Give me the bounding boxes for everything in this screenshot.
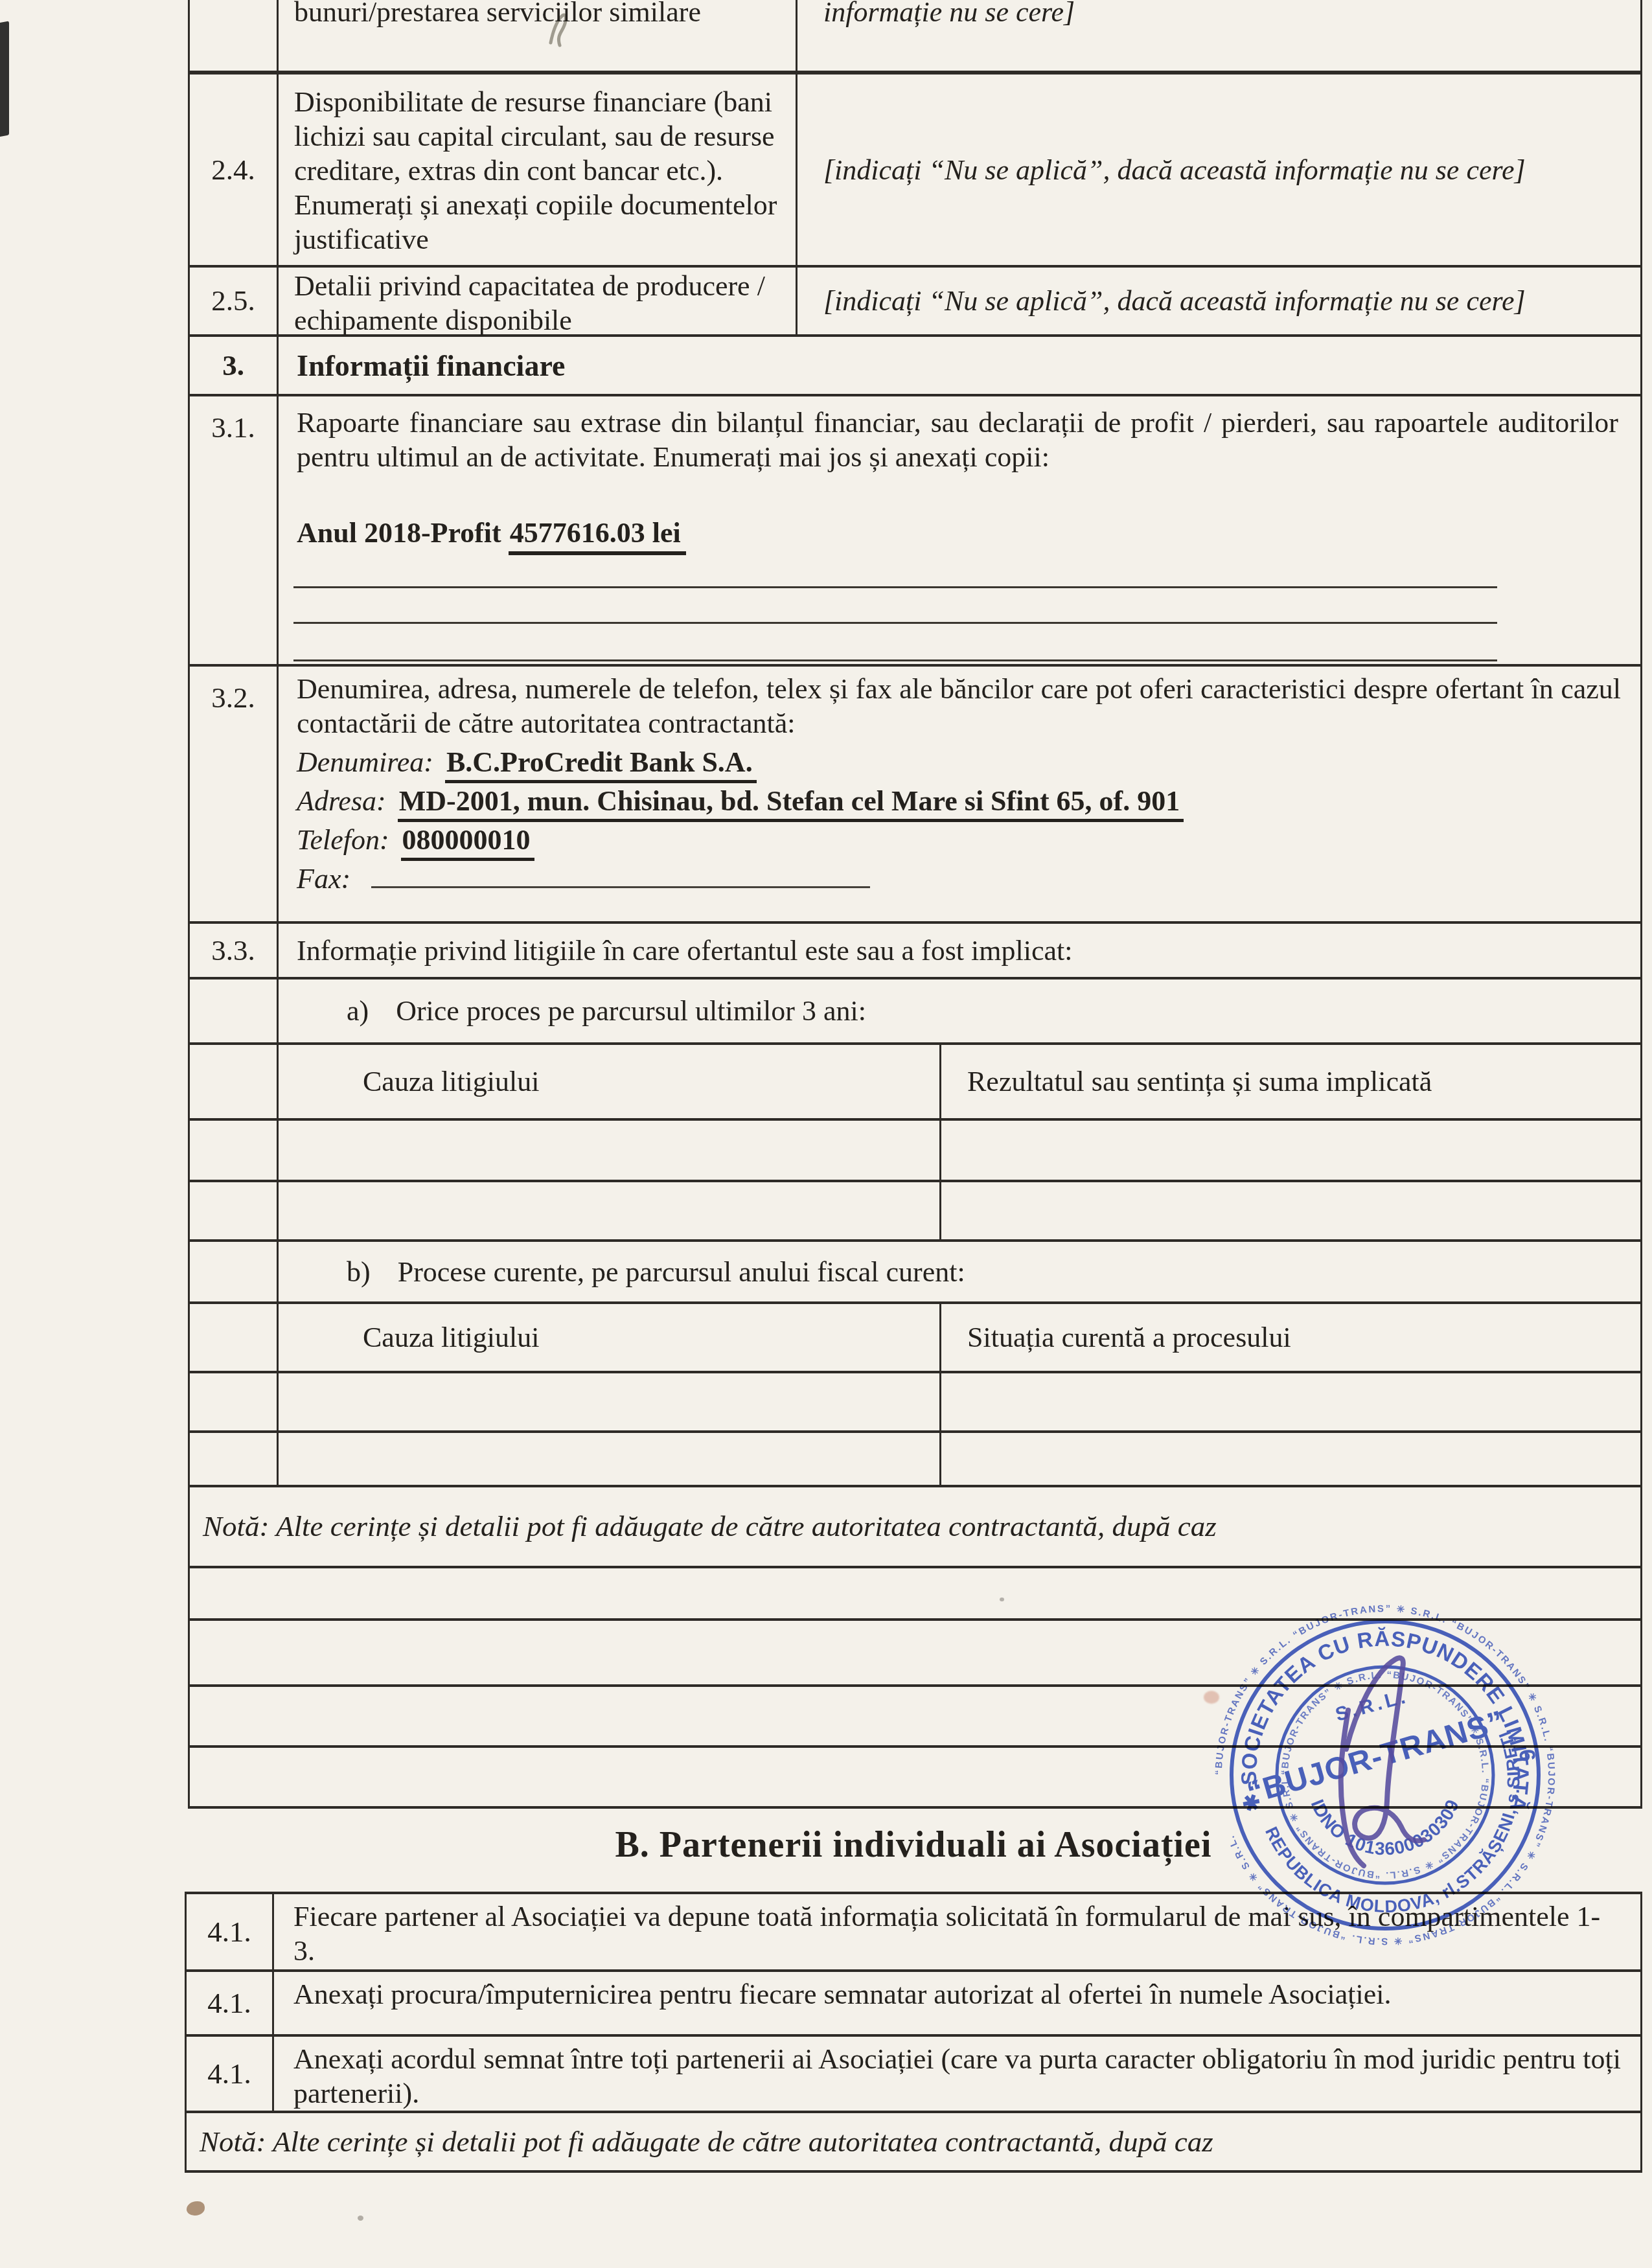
row-3-2-content: Denumirea, adresa, numerele de telefon, … [279, 667, 1640, 921]
empty-cell [279, 1433, 941, 1485]
row-number-cell [190, 0, 279, 71]
litigation-b-text: Procese curente, pe parcursul anului fis… [398, 1255, 965, 1289]
row-4-1c-text: Anexați acordul semnat între toți parten… [274, 2037, 1640, 2111]
litigation-a-col1-header: Cauza litigiului [279, 1045, 941, 1118]
table-row-4-1c: 4.1. Anexați acordul semnat între toți p… [187, 2037, 1640, 2113]
section-3-title: Informații financiare [279, 337, 1640, 394]
row-number-cell: 2.5. [190, 268, 279, 334]
row-3-2-text: Denumirea, adresa, numerele de telefon, … [297, 672, 1621, 740]
litigation-b-label: b) [347, 1255, 371, 1289]
litigation-b-empty-row [190, 1433, 1640, 1487]
table-row-3-1: 3.1. Rapoarte financiare sau extrase din… [190, 396, 1640, 667]
empty-cell [941, 1373, 1640, 1430]
blank-write-line [293, 622, 1497, 624]
scan-speck [187, 2201, 205, 2216]
table-a-nota-text: Notă: Alte cerințe și detalii pot fi adă… [190, 1487, 1640, 1566]
scanned-form-page: bunuri/prestarea serviciilor similare in… [0, 0, 1652, 2268]
bank-fax-label: Fax: [297, 863, 350, 895]
bank-fax-blank-line [371, 863, 870, 888]
row-number-cell: 4.1. [187, 1894, 274, 1969]
scan-edge-artifact [0, 21, 9, 137]
litigation-a-content: a) Orice proces pe parcursul ultimilor 3… [279, 979, 1640, 1042]
table-row-2-3-partial: bunuri/prestarea serviciilor similare in… [190, 0, 1640, 74]
table-row-4-1b: 4.1. Anexați procura/împuternicirea pent… [187, 1972, 1640, 2037]
row-number-cell: 2.4. [190, 74, 279, 265]
row-3-3-text: Informație privind litigiile în care ofe… [279, 924, 1640, 977]
litigation-b-col1-header: Cauza litigiului [279, 1304, 941, 1371]
empty-cell [941, 1433, 1640, 1485]
litigation-b-col2-header: Situația curentă a procesului [941, 1304, 1640, 1371]
row-number-cell: 4.1. [187, 2037, 274, 2111]
company-round-stamp: “BUJOR-TRANS” ✳ S.R.L. “BUJOR-TRANS” ✳ S… [1205, 1595, 1565, 1955]
bank-phone-value: 080000010 [401, 824, 534, 861]
bank-phone-line: Telefon:080000010 [297, 823, 1621, 857]
scan-speck [358, 2216, 363, 2221]
row-2-4-description: Disponibilitate de resurse financiare (b… [279, 74, 797, 265]
empty-cell [279, 1182, 941, 1239]
table-a-nota-row: Notă: Alte cerințe și detalii pot fi adă… [190, 1487, 1640, 1568]
row-3-1-content: Rapoarte financiare sau extrase din bila… [279, 396, 1640, 664]
row-3-1-text: Rapoarte financiare sau extrase din bila… [297, 406, 1618, 474]
table-row-2-4: 2.4. Disponibilitate de resurse financia… [190, 74, 1640, 268]
row-2-3-description: bunuri/prestarea serviciilor similare [279, 0, 797, 71]
bank-name-value: B.C.ProCredit Bank S.A. [445, 746, 757, 783]
table-b-nota-text: Notă: Alte cerințe și detalii pot fi adă… [187, 2113, 1640, 2170]
qualification-form-table: bunuri/prestarea serviciilor similare in… [188, 0, 1642, 1809]
empty-cell [279, 1121, 941, 1180]
empty-cell [941, 1121, 1640, 1180]
litigation-a-col2-header: Rezultatul sau sentința și suma implicat… [941, 1045, 1640, 1118]
bank-address-value: MD-2001, mun. Chisinau, bd. Stefan cel M… [398, 785, 1184, 822]
row-number-cell [190, 979, 279, 1042]
litigation-a-row: a) Orice proces pe parcursul ultimilor 3… [190, 979, 1640, 1045]
litigation-a-empty-row [190, 1182, 1640, 1242]
table-row-2-5: 2.5. Detalii privind capacitatea de prod… [190, 268, 1640, 337]
row-number-cell: 3.1. [190, 396, 279, 664]
row-number-cell [190, 1373, 279, 1430]
litigation-b-header-row: Cauza litigiului Situația curentă a proc… [190, 1304, 1640, 1373]
profit-line: Anul 2018-Profit 4577616.03 lei [297, 516, 1618, 550]
row-number-cell: 3.3. [190, 924, 279, 977]
row-number-cell: 3. [190, 337, 279, 394]
row-2-4-value: [indicați “Nu se aplică”, dacă această i… [797, 74, 1640, 265]
table-row-3-2: 3.2. Denumirea, adresa, numerele de tele… [190, 667, 1640, 924]
bank-name-label: Denumirea: [297, 746, 433, 778]
litigation-a-empty-row [190, 1121, 1640, 1182]
litigation-b-content: b) Procese curente, pe parcursul anului … [279, 1242, 1640, 1301]
empty-cell [279, 1373, 941, 1430]
row-number-cell [190, 1182, 279, 1239]
litigation-a-label: a) [347, 994, 369, 1028]
litigation-a-header-row: Cauza litigiului Rezultatul sau sentința… [190, 1045, 1640, 1121]
row-number-cell: 4.1. [187, 1972, 274, 2034]
profit-label: Anul 2018-Profit [297, 517, 501, 549]
row-number-cell [190, 1304, 279, 1371]
blank-write-line [293, 586, 1497, 588]
row-2-5-value: [indicați “Nu se aplică”, dacă această i… [797, 268, 1640, 334]
bank-address-line: Adresa:MD-2001, mun. Chisinau, bd. Stefa… [297, 784, 1621, 818]
bank-phone-label: Telefon: [297, 824, 389, 856]
row-number-cell [190, 1045, 279, 1118]
empty-cell [941, 1182, 1640, 1239]
litigation-b-empty-row [190, 1373, 1640, 1433]
row-number-cell [190, 1242, 279, 1301]
bank-name-line: Denumirea:B.C.ProCredit Bank S.A. [297, 745, 1621, 779]
row-4-1b-text: Anexați procura/împuternicirea pentru fi… [274, 1972, 1640, 2034]
row-2-3-value: informație nu se cere] [797, 0, 1640, 71]
table-b-nota-row: Notă: Alte cerințe și detalii pot fi adă… [187, 2113, 1640, 2173]
row-number-cell: 3.2. [190, 667, 279, 921]
table-row-3-3: 3.3. Informație privind litigiile în car… [190, 924, 1640, 979]
row-number-cell [190, 1121, 279, 1180]
blank-write-line [293, 659, 1497, 661]
profit-value: 4577616.03 lei [509, 517, 686, 555]
bank-address-label: Adresa: [297, 785, 386, 817]
litigation-b-row: b) Procese curente, pe parcursul anului … [190, 1242, 1640, 1304]
row-2-5-description: Detalii privind capacitatea de producere… [279, 268, 797, 334]
row-number-cell [190, 1433, 279, 1485]
litigation-a-text: Orice proces pe parcursul ultimilor 3 an… [396, 994, 866, 1028]
table-row-3-header: 3. Informații financiare [190, 337, 1640, 396]
bank-fax-line: Fax: [297, 862, 1621, 896]
